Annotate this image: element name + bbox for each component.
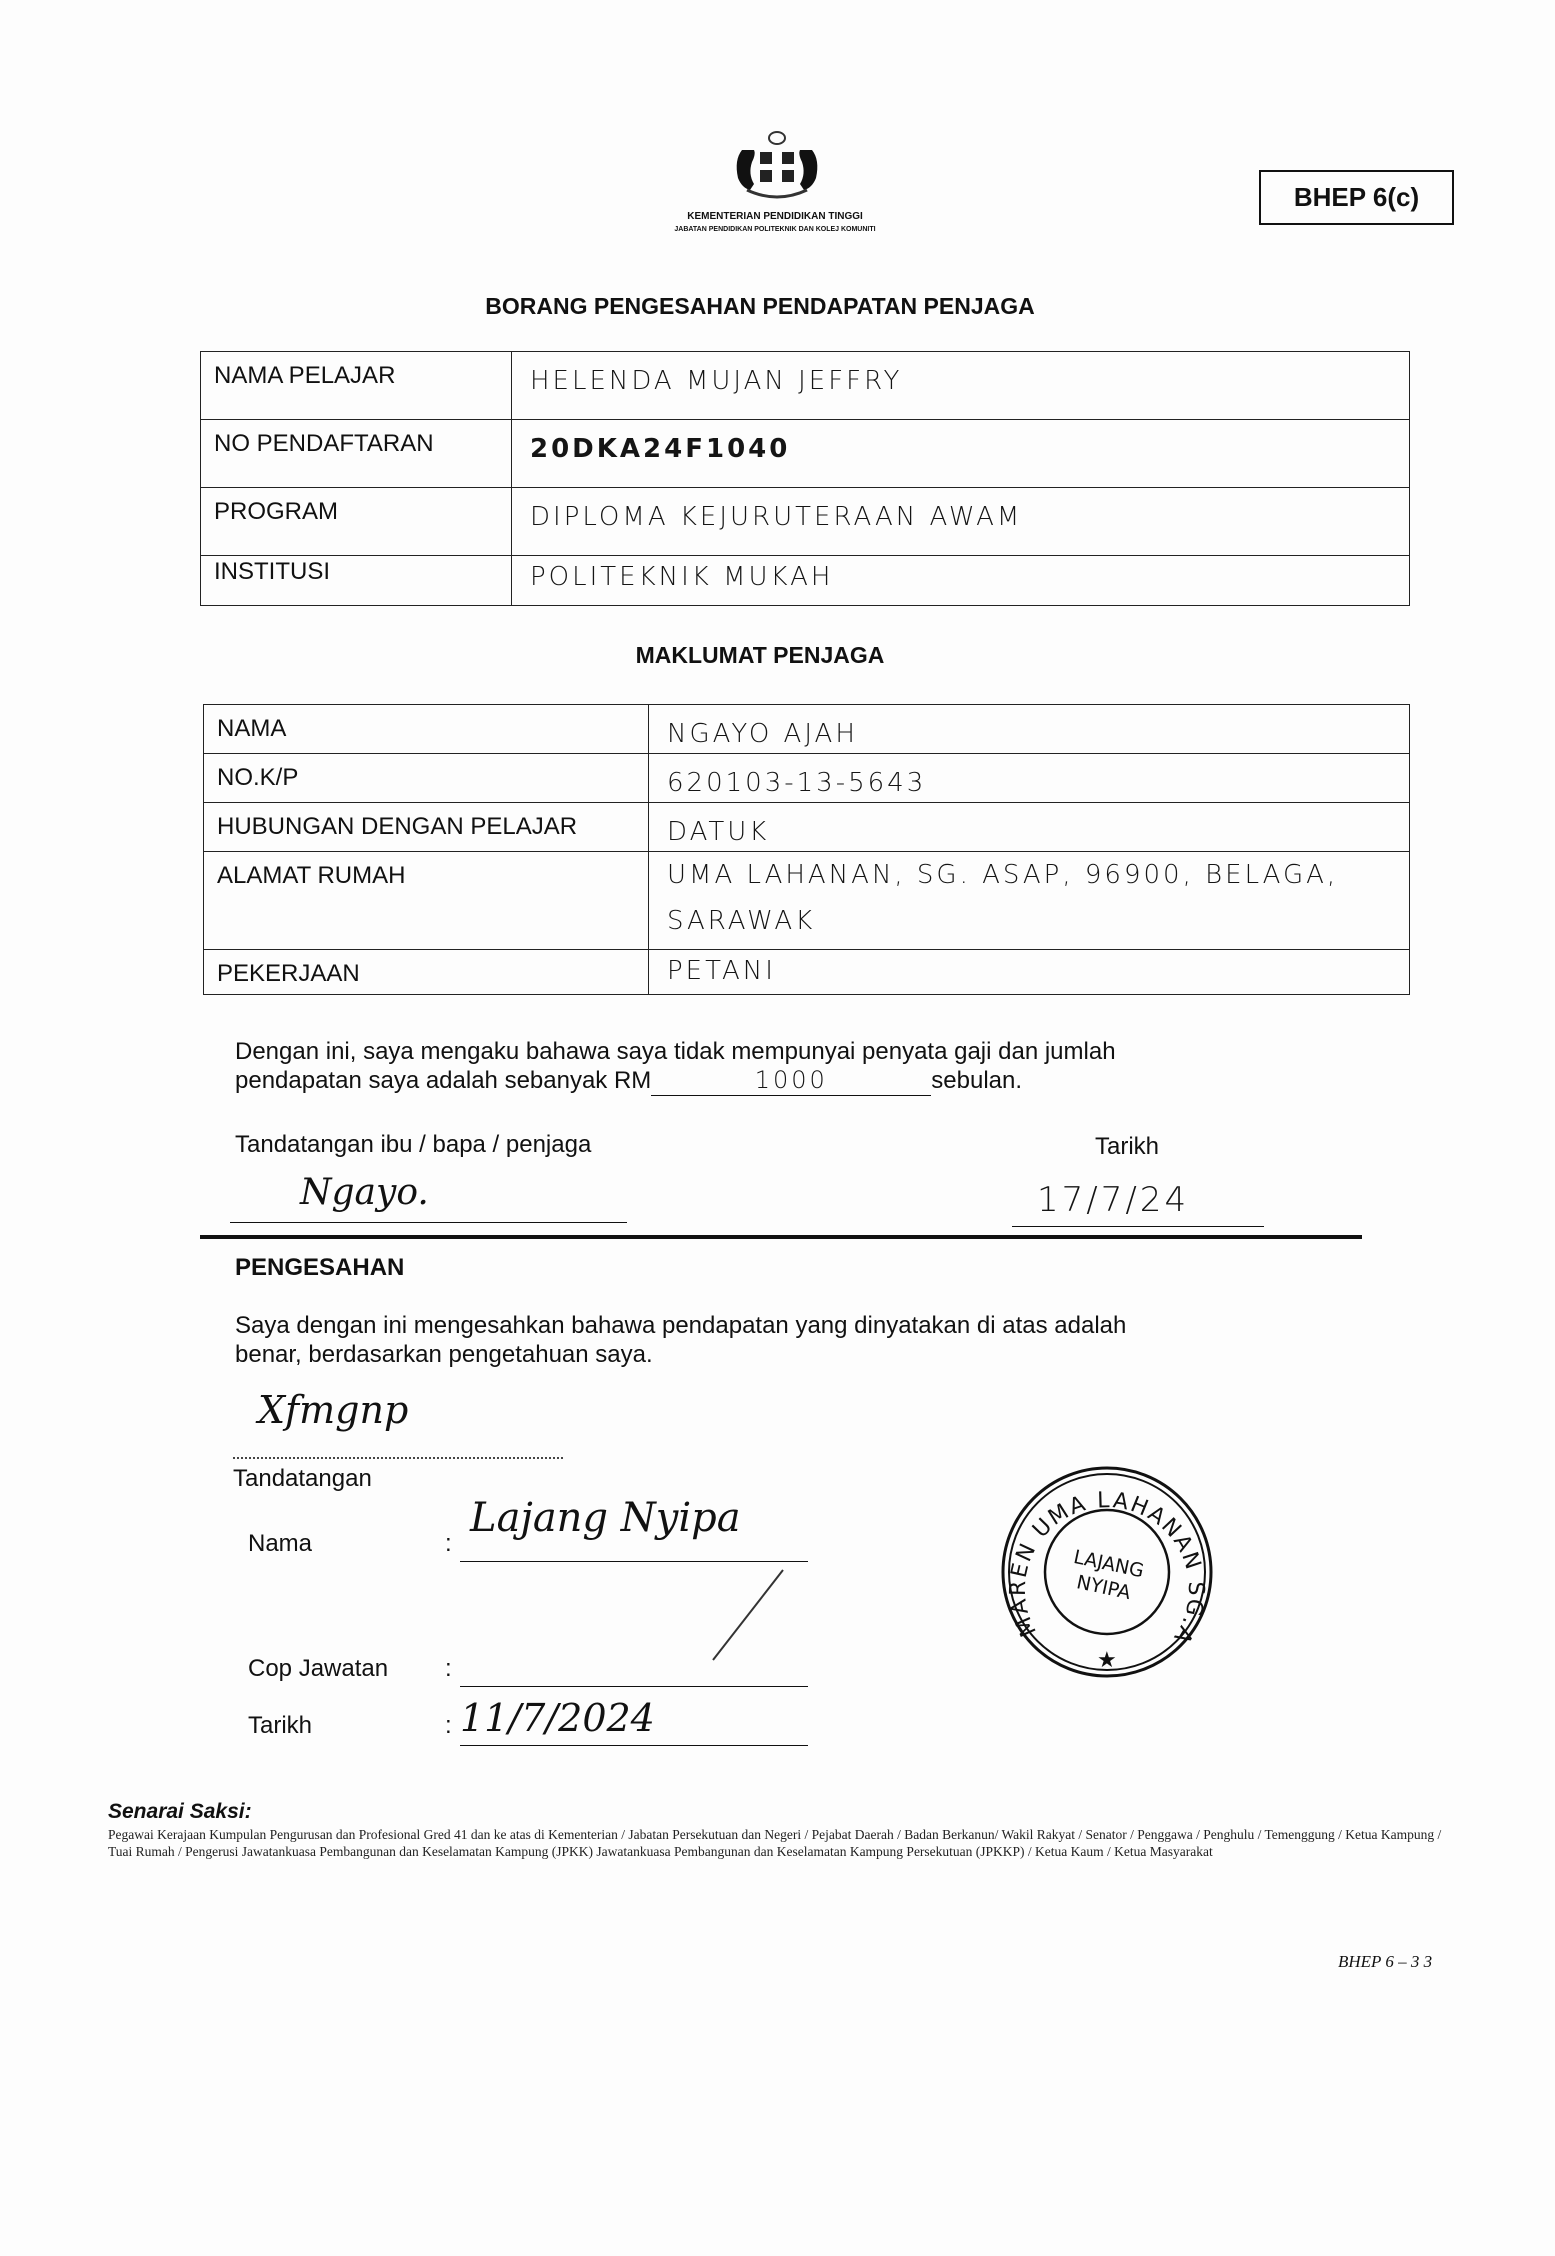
position-stamp-label: Cop Jawatan xyxy=(248,1655,388,1683)
date-line xyxy=(1012,1226,1264,1227)
guardian-name-label: NAMA xyxy=(204,705,649,754)
guardian-signature-label: Tandatangan ibu / bapa / penjaga xyxy=(235,1131,591,1159)
verification-heading: PENGESAHAN xyxy=(235,1254,404,1282)
table-row: PROGRAM DIPLOMA KEJURUTERAAN AWAM xyxy=(201,488,1410,556)
declaration-prefix: pendapatan saya adalah sebanyak RM xyxy=(235,1067,651,1094)
colon: : xyxy=(445,1530,452,1558)
witness-date-label: Tarikh xyxy=(248,1712,312,1740)
malaysia-coat-of-arms-icon xyxy=(727,130,827,202)
witness-signature-line xyxy=(233,1457,563,1459)
student-name-label: NAMA PELAJAR xyxy=(201,352,512,420)
pen-stroke xyxy=(708,1565,788,1665)
witness-name-field[interactable]: Lajang Nyipa xyxy=(470,1495,741,1541)
witness-signature-label: Tandatangan xyxy=(233,1465,372,1493)
declaration-text: Dengan ini, saya mengaku bahawa saya tid… xyxy=(235,1037,1385,1096)
relationship-field[interactable]: DATUK xyxy=(649,803,1410,852)
svg-text:★: ★ xyxy=(1097,1647,1117,1672)
declaration-suffix: sebulan. xyxy=(931,1067,1022,1094)
address-field[interactable]: UMA LAHANAN, SG. ASAP, 96900, BELAGA, SA… xyxy=(649,852,1410,950)
income-amount-field[interactable]: 1000 xyxy=(651,1066,931,1096)
verification-line-2: benar, berdasarkan pengetahuan saya. xyxy=(235,1340,1385,1369)
program-label: PROGRAM xyxy=(201,488,512,556)
witness-signature[interactable]: Xfmgnp xyxy=(258,1388,408,1432)
institution-label: INSTITUSI xyxy=(201,556,512,606)
table-row: NAMA PELAJAR HELENDA MUJAN JEFFRY xyxy=(201,352,1410,420)
stamp-line xyxy=(460,1686,808,1687)
guardian-date-field[interactable]: 17/7/24 xyxy=(1037,1180,1189,1220)
section-divider xyxy=(200,1235,1362,1239)
table-row: PEKERJAAN PETANI xyxy=(204,950,1410,995)
verification-line-1: Saya dengan ini mengesahkan bahawa penda… xyxy=(235,1311,1385,1340)
occupation-field[interactable]: PETANI xyxy=(649,950,1410,995)
institution-field[interactable]: POLITEKNIK MUKAH xyxy=(512,556,1410,606)
form-code-badge: BHEP 6(c) xyxy=(1259,170,1454,225)
guardian-heading: MAKLUMAT PENJAGA xyxy=(200,642,1320,669)
registration-no-field[interactable]: 20DKA24F1040 xyxy=(512,420,1410,488)
official-stamp: MAREN UMA LAHANAN SG.ASAP LAJANG NYIPA ★ xyxy=(997,1462,1217,1682)
ministry-name: KEMENTERIAN PENDIDIKAN TINGGI xyxy=(560,210,990,223)
student-info-table: NAMA PELAJAR HELENDA MUJAN JEFFRY NO PEN… xyxy=(200,351,1410,606)
table-row: HUBUNGAN DENGAN PELAJAR DATUK xyxy=(204,803,1410,852)
address-label: ALAMAT RUMAH xyxy=(204,852,649,950)
ic-no-label: NO.K/P xyxy=(204,754,649,803)
occupation-label: PEKERJAAN xyxy=(204,950,649,995)
table-row: NO.K/P 620103-13-5643 xyxy=(204,754,1410,803)
address-line-2: SARAWAK xyxy=(667,898,1395,944)
name-line xyxy=(460,1561,808,1562)
table-row: ALAMAT RUMAH UMA LAHANAN, SG. ASAP, 9690… xyxy=(204,852,1410,950)
program-field[interactable]: DIPLOMA KEJURUTERAAN AWAM xyxy=(512,488,1410,556)
table-row: NO PENDAFTARAN 20DKA24F1040 xyxy=(201,420,1410,488)
page-code: BHEP 6 – 3 3 xyxy=(1338,1952,1432,1972)
witness-date-field[interactable]: 11/7/2024 xyxy=(460,1696,655,1740)
table-row: NAMA NGAYO AJAH xyxy=(204,705,1410,754)
relationship-label: HUBUNGAN DENGAN PELAJAR xyxy=(204,803,649,852)
guardian-name-field[interactable]: NGAYO AJAH xyxy=(649,705,1410,754)
guardian-date-label: Tarikh xyxy=(1095,1133,1159,1161)
department-name: JABATAN PENDIDIKAN POLITEKNIK DAN KOLEJ … xyxy=(560,223,990,236)
declaration-line-1: Dengan ini, saya mengaku bahawa saya tid… xyxy=(235,1037,1385,1066)
witness-name-label: Nama xyxy=(248,1530,312,1558)
student-name-field[interactable]: HELENDA MUJAN JEFFRY xyxy=(512,352,1410,420)
registration-no-label: NO PENDAFTARAN xyxy=(201,420,512,488)
witness-list-text: Pegawai Kerajaan Kumpulan Pengurusan dan… xyxy=(108,1826,1448,1860)
guardian-signature[interactable]: Ngayo. xyxy=(300,1172,429,1213)
address-line-1: UMA LAHANAN, SG. ASAP, 96900, BELAGA, xyxy=(667,852,1395,898)
ministry-header: KEMENTERIAN PENDIDIKAN TINGGI JABATAN PE… xyxy=(560,210,990,236)
date-line-2 xyxy=(460,1745,808,1746)
colon: : xyxy=(445,1712,452,1740)
form-title: BORANG PENGESAHAN PENDAPATAN PENJAGA xyxy=(200,293,1320,320)
verification-text: Saya dengan ini mengesahkan bahawa penda… xyxy=(235,1311,1385,1369)
table-row: INSTITUSI POLITEKNIK MUKAH xyxy=(201,556,1410,606)
witness-list-title: Senarai Saksi: xyxy=(108,1800,252,1824)
signature-line xyxy=(230,1222,627,1223)
declaration-line-2: pendapatan saya adalah sebanyak RM1000se… xyxy=(235,1066,1385,1096)
ic-no-field[interactable]: 620103-13-5643 xyxy=(649,754,1410,803)
guardian-info-table: NAMA NGAYO AJAH NO.K/P 620103-13-5643 HU… xyxy=(203,704,1410,995)
colon: : xyxy=(445,1655,452,1683)
